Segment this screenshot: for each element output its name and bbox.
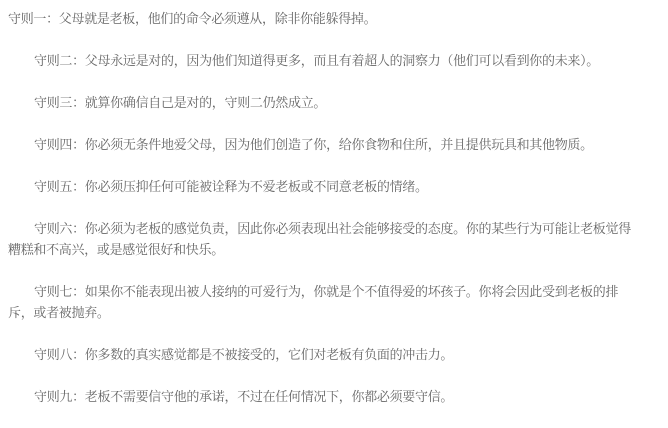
rule-5: 守则五：你必须压抑任何可能被诠释为不爱老板或不同意老板的情绪。 <box>8 177 636 198</box>
rule-2: 守则二：父母永远是对的，因为他们知道得更多，而且有着超人的洞察力（他们可以看到你… <box>8 51 636 72</box>
rule-4: 守则四：你必须无条件地爱父母，因为他们创造了你，给你食物和住所，并且提供玩具和其… <box>8 135 636 156</box>
rule-8: 守则八：你多数的真实感觉都是不被接受的，它们对老板有负面的冲击力。 <box>8 345 636 366</box>
rule-1: 守则一：父母就是老板，他们的命令必须遵从，除非你能躲得掉。 <box>8 9 636 30</box>
rule-3: 守则三：就算你确信自己是对的，守则二仍然成立。 <box>8 93 636 114</box>
article-body: 守则一：父母就是老板，他们的命令必须遵从，除非你能躲得掉。 守则二：父母永远是对… <box>8 9 636 428</box>
rule-7: 守则七：如果你不能表现出被人接纳的可爱行为，你就是个不值得爱的坏孩子。你将会因此… <box>8 282 636 324</box>
rule-9: 守则九：老板不需要信守他的承诺，不过在任何情况下，你都必须要守信。 <box>8 387 636 408</box>
rule-6: 守则六：你必须为老板的感觉负责，因此你必须表现出社会能够接受的态度。你的某些行为… <box>8 219 636 261</box>
